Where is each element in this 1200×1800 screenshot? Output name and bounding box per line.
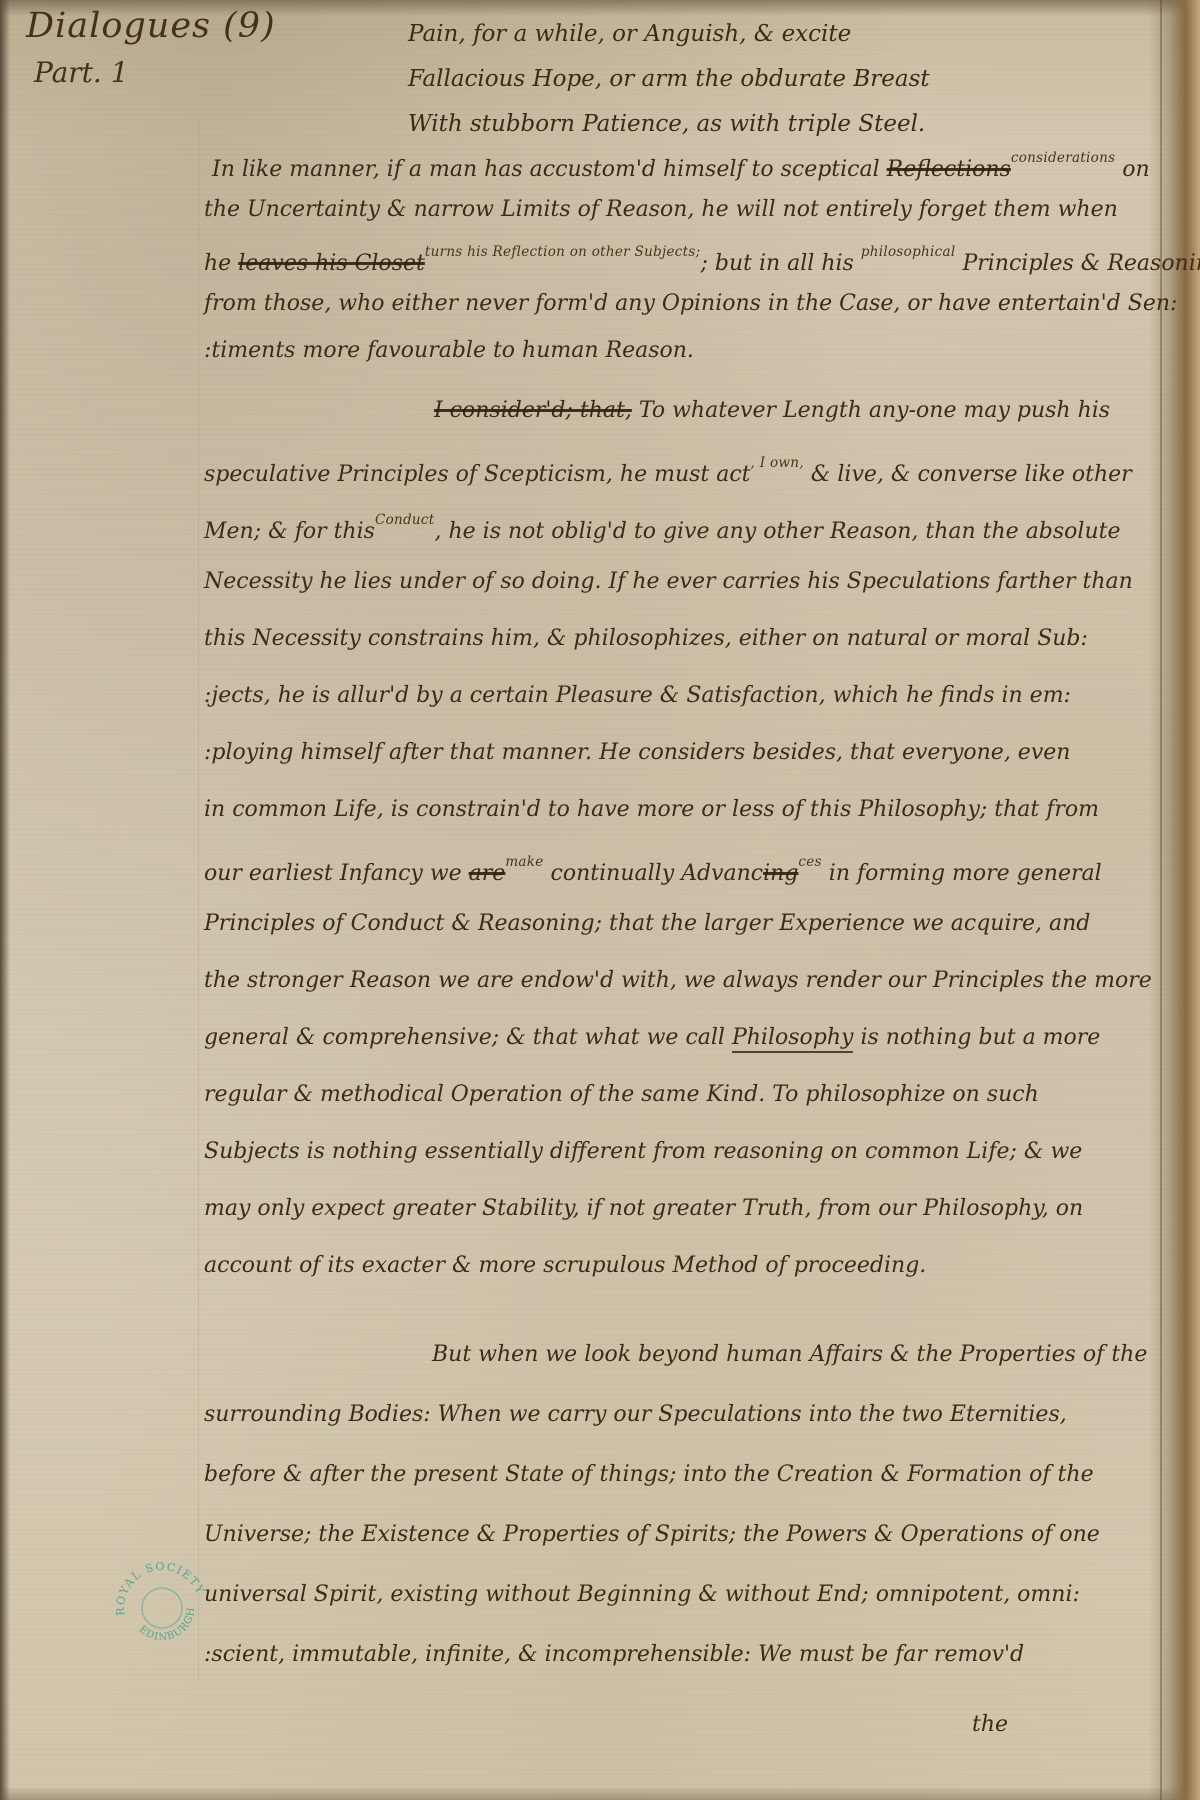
text-segment: may only expect greater Stability, if no… xyxy=(204,1196,1083,1221)
strikethrough-segment: Reflections xyxy=(887,157,1011,182)
text-segment: this Necessity constrains him, & philoso… xyxy=(204,626,1088,651)
text-segment: Universe; the Existence & Properties of … xyxy=(204,1522,1100,1547)
text-segment: :scient, immutable, infinite, & incompre… xyxy=(204,1642,1024,1667)
manuscript-body: In like manner, if a man has accustom'd … xyxy=(0,0,1200,1800)
text-segment: But when we look beyond human Affairs & … xyxy=(432,1342,1147,1367)
text-segment: :jects, he is allur'd by a certain Pleas… xyxy=(204,683,1071,708)
text-segment: general & comprehensive; & that what we … xyxy=(204,1025,732,1050)
manuscript-line: from those, who either never form'd any … xyxy=(204,291,1200,338)
manuscript-line: general & comprehensive; & that what we … xyxy=(204,1025,1152,1082)
manuscript-line: he leaves his Closetturns his Reflection… xyxy=(204,244,1200,291)
text-segment: in common Life, is constrain'd to have m… xyxy=(204,797,1099,822)
manuscript-line: :jects, he is allur'd by a certain Pleas… xyxy=(204,683,1152,740)
interlinear-insertion-segment: ces xyxy=(798,854,821,870)
manuscript-line: may only expect greater Stability, if no… xyxy=(204,1196,1152,1253)
manuscript-line: Necessity he lies under of so doing. If … xyxy=(204,569,1152,626)
paragraph: I consider'd; that, To whatever Length a… xyxy=(204,398,1152,1310)
text-segment: Men; & for this xyxy=(204,519,375,544)
text-segment: our earliest Infancy we xyxy=(204,861,469,886)
text-segment: he xyxy=(204,251,238,276)
manuscript-line: Men; & for thisConduct, he is not oblig'… xyxy=(204,512,1152,569)
paragraph: In like manner, if a man has accustom'd … xyxy=(204,150,1200,385)
strikethrough-segment: leaves his Closet xyxy=(238,251,425,276)
text-segment: :ploying himself after that manner. He c… xyxy=(204,740,1070,765)
manuscript-line: the stronger Reason we are endow'd with,… xyxy=(204,968,1152,1025)
text-segment: is nothing but a more xyxy=(853,1025,1100,1050)
text-segment: , he is not oblig'd to give any other Re… xyxy=(435,519,1121,544)
manuscript-line: universal Spirit, existing without Begin… xyxy=(204,1582,1147,1642)
text-segment: account of its exacter & more scrupulous… xyxy=(204,1253,926,1278)
manuscript-line: account of its exacter & more scrupulous… xyxy=(204,1253,1152,1310)
strikethrough-segment: ing xyxy=(763,861,798,886)
underlined-segment: Philosophy xyxy=(732,1025,854,1053)
text-segment: & live, & converse like other xyxy=(804,462,1132,487)
manuscript-line: speculative Principles of Scepticism, he… xyxy=(204,455,1152,512)
manuscript-line: I consider'd; that, To whatever Length a… xyxy=(204,398,1152,455)
manuscript-line: before & after the present State of thin… xyxy=(204,1462,1147,1522)
manuscript-line: But when we look beyond human Affairs & … xyxy=(204,1342,1147,1402)
catchword: the xyxy=(972,1712,1008,1737)
text-segment: universal Spirit, existing without Begin… xyxy=(204,1582,1080,1607)
text-segment: speculative Principles of Scepticism, he… xyxy=(204,462,751,487)
text-segment: the Uncertainty & narrow Limits of Reaso… xyxy=(204,197,1118,222)
interlinear-insertion-segment: , I own, xyxy=(751,455,804,471)
text-segment: Principles of Conduct & Reasoning; that … xyxy=(204,911,1090,936)
manuscript-line: the Uncertainty & narrow Limits of Reaso… xyxy=(204,197,1200,244)
text-segment: ; but in all his xyxy=(700,251,860,276)
text-segment: before & after the present State of thin… xyxy=(204,1462,1094,1487)
manuscript-line: :timents more favourable to human Reason… xyxy=(204,338,1200,385)
svg-text:EDINBURGH: EDINBURGH xyxy=(134,1602,205,1652)
manuscript-line: in common Life, is constrain'd to have m… xyxy=(204,797,1152,854)
strikethrough-segment: are xyxy=(469,861,506,886)
manuscript-page: Dialogues (9) Part. 1 Pain, for a while,… xyxy=(0,0,1200,1800)
text-segment: :timents more favourable to human Reason… xyxy=(204,338,694,363)
text-segment: To whatever Length any-one may push his xyxy=(632,398,1110,423)
manuscript-line: our earliest Infancy we aremake continua… xyxy=(204,854,1152,911)
interlinear-insertion-segment: Conduct xyxy=(375,512,435,528)
manuscript-line: :ploying himself after that manner. He c… xyxy=(204,740,1152,797)
strikethrough-segment: I consider'd; that, xyxy=(434,398,632,423)
text-segment: from those, who either never form'd any … xyxy=(204,291,1177,316)
manuscript-line: In like manner, if a man has accustom'd … xyxy=(204,150,1200,197)
text-segment: on xyxy=(1115,157,1149,182)
interlinear-insertion-segment: turns his Reflection on other Subjects; xyxy=(425,244,701,260)
text-segment: the stronger Reason we are endow'd with,… xyxy=(204,968,1152,993)
stamp-text-bottom: EDINBURGH xyxy=(134,1602,205,1652)
manuscript-line: Subjects is nothing essentially differen… xyxy=(204,1139,1152,1196)
text-segment: continually Advanc xyxy=(544,861,764,886)
text-segment: regular & methodical Operation of the sa… xyxy=(204,1082,1039,1107)
interlinear-insertion-segment: considerations xyxy=(1011,150,1115,166)
manuscript-line: surrounding Bodies: When we carry our Sp… xyxy=(204,1402,1147,1462)
text-segment: Necessity he lies under of so doing. If … xyxy=(204,569,1133,594)
text-segment: in forming more general xyxy=(822,861,1102,886)
manuscript-line: Principles of Conduct & Reasoning; that … xyxy=(204,911,1152,968)
manuscript-line: regular & methodical Operation of the sa… xyxy=(204,1082,1152,1139)
text-segment: Principles & Reasoning, xyxy=(955,251,1200,276)
interlinear-insertion-segment: make xyxy=(505,854,543,870)
text-segment: surrounding Bodies: When we carry our Sp… xyxy=(204,1402,1067,1427)
manuscript-line: :scient, immutable, infinite, & incompre… xyxy=(204,1642,1147,1702)
paragraph: But when we look beyond human Affairs & … xyxy=(204,1342,1147,1702)
text-segment: In like manner, if a man has accustom'd … xyxy=(212,157,887,182)
interlinear-insertion-segment: philosophical xyxy=(861,244,956,260)
text-segment: Subjects is nothing essentially differen… xyxy=(204,1139,1082,1164)
manuscript-line: Universe; the Existence & Properties of … xyxy=(204,1522,1147,1582)
manuscript-line: this Necessity constrains him, & philoso… xyxy=(204,626,1152,683)
